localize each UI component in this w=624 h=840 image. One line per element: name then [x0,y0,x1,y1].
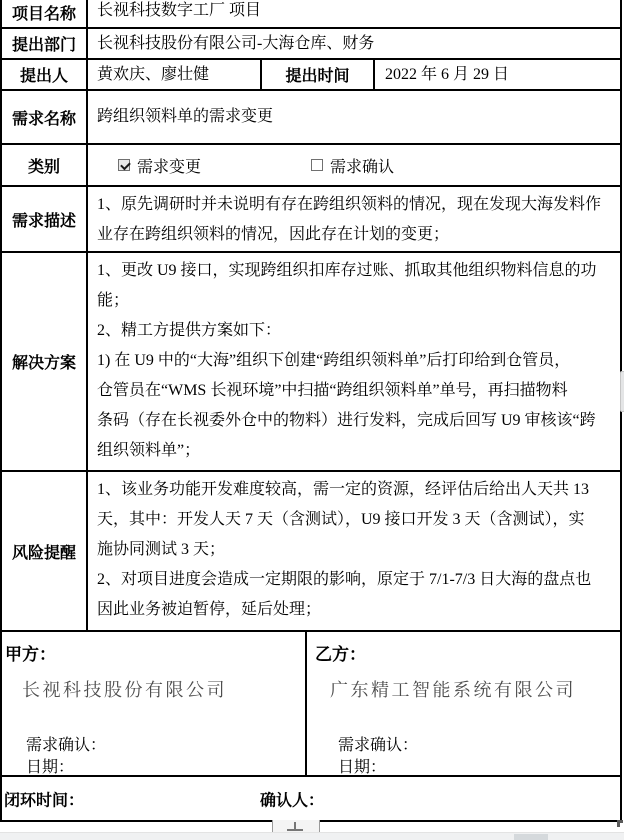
category-label: 类别 [2,145,88,185]
resize-handle-icon[interactable] [617,820,623,827]
project-name-row: 项目名称 长视科技数字工厂 项目 [2,0,620,29]
request-form-table: 项目名称 长视科技数字工厂 项目 提出部门 长视科技股份有限公司-大海仓库、财务… [0,0,622,822]
description-row: 需求描述 1、原先调研时并未说明有存在跨组织领料的情况，现在发现大海发料作 业存… [2,187,620,253]
solution-row: 解决方案 1、更改 U9 接口，实现跨组织扣库存过账、抓取其他组织物料信息的功 … [2,253,620,472]
solution-label: 解决方案 [2,253,88,470]
description-text: 1、原先调研时并未说明有存在跨组织领料的情况，现在发现大海发料作 业存在跨组织领… [97,190,601,250]
checkmark-icon [120,160,131,171]
description-label: 需求描述 [2,187,88,251]
project-name-label: 项目名称 [2,0,88,27]
party-b-company: 广东精工智能系统有限公司 [330,676,576,702]
propose-time-text: 2022 年 6 月 29 日 [385,65,509,85]
party-b-block: 乙方： 广东精工智能系统有限公司 需求确认： 日期： [307,632,620,775]
solution-value[interactable]: 1、更改 U9 接口，实现跨组织扣库存过账、抓取其他组织物料信息的功 能； 2、… [88,253,620,470]
requirement-name-text: 跨组织领料单的需求变更 [97,107,273,127]
propose-time-value[interactable]: 2022 年 6 月 29 日 [375,60,620,89]
risk-row: 风险提醒 1、该业务功能开发难度较高，需一定的资源，经评估后给出人天共 13 天… [2,472,620,632]
document-page: 项目名称 长视科技数字工厂 项目 提出部门 长视科技股份有限公司-大海仓库、财务… [0,0,624,840]
risk-label: 风险提醒 [2,472,88,630]
requirement-name-value[interactable]: 跨组织领料单的需求变更 [88,91,620,143]
category-options: 需求变更 需求确认 [88,145,620,185]
propose-time-label: 提出时间 [260,60,375,89]
requirement-name-row: 需求名称 跨组织领料单的需求变更 [2,91,620,145]
horizontal-scrollbar[interactable] [0,832,624,840]
party-a-company: 长视科技股份有限公司 [22,676,227,702]
category-option-change[interactable]: 需求变更 [118,154,201,177]
proposer-value[interactable]: 黄欢庆、廖壮健 [88,60,260,89]
close-time-label[interactable]: 闭环时间： [4,787,84,810]
close-loop-row: 闭环时间： 确认人： [2,777,620,822]
signature-row: 甲方： 长视科技股份有限公司 需求确认： 日期： 乙方： 广东精工智能系统有限公… [2,632,620,777]
party-b-date-label[interactable]: 日期： [338,754,386,777]
proposer-row: 提出人 黄欢庆、廖壮健 提出时间 2022 年 6 月 29 日 [2,60,620,91]
confirmer-label[interactable]: 确认人： [260,787,324,810]
risk-text: 1、该业务功能开发难度较高，需一定的资源，经评估后给出人天共 13 天，其中：开… [97,475,591,625]
vertical-scrollbar-thumb[interactable] [620,371,624,412]
project-name-value[interactable]: 长视科技数字工厂 项目 [88,0,620,27]
party-a-label: 甲方： [5,640,56,665]
department-row: 提出部门 长视科技股份有限公司-大海仓库、财务 [2,29,620,60]
solution-text: 1、更改 U9 接口，实现跨组织扣库存过账、抓取其他组织物料信息的功 能； 2、… [97,256,597,466]
checkbox-label: 需求确认 [330,154,394,177]
proposer-text: 黄欢庆、廖壮健 [97,65,209,85]
department-text: 长视科技股份有限公司-大海仓库、财务 [97,34,374,54]
party-a-date-label[interactable]: 日期： [26,754,74,777]
project-name-text: 长视科技数字工厂 项目 [97,1,261,21]
horizontal-scrollbar-thumb[interactable] [514,834,548,840]
department-label: 提出部门 [2,29,88,58]
party-a-confirm-label[interactable]: 需求确认： [26,732,106,755]
requirement-name-label: 需求名称 [2,91,88,143]
party-a-block: 甲方： 长视科技股份有限公司 需求确认： 日期： [2,632,307,775]
checkbox-label: 需求变更 [137,154,201,177]
party-b-confirm-label[interactable]: 需求确认： [338,732,418,755]
checkbox-checked-icon[interactable] [118,159,130,171]
party-b-label: 乙方： [315,640,366,665]
description-value[interactable]: 1、原先调研时并未说明有存在跨组织领料的情况，现在发现大海发料作 业存在跨组织领… [88,187,620,251]
department-value[interactable]: 长视科技股份有限公司-大海仓库、财务 [88,29,620,58]
category-option-confirm[interactable]: 需求确认 [311,154,394,177]
plus-tack-icon [287,822,304,832]
risk-value[interactable]: 1、该业务功能开发难度较高，需一定的资源，经评估后给出人天共 13 天，其中：开… [88,472,620,630]
checkbox-unchecked-icon[interactable] [311,159,323,171]
category-row: 类别 需求变更 需求确认 [2,145,620,187]
proposer-label: 提出人 [2,60,88,89]
